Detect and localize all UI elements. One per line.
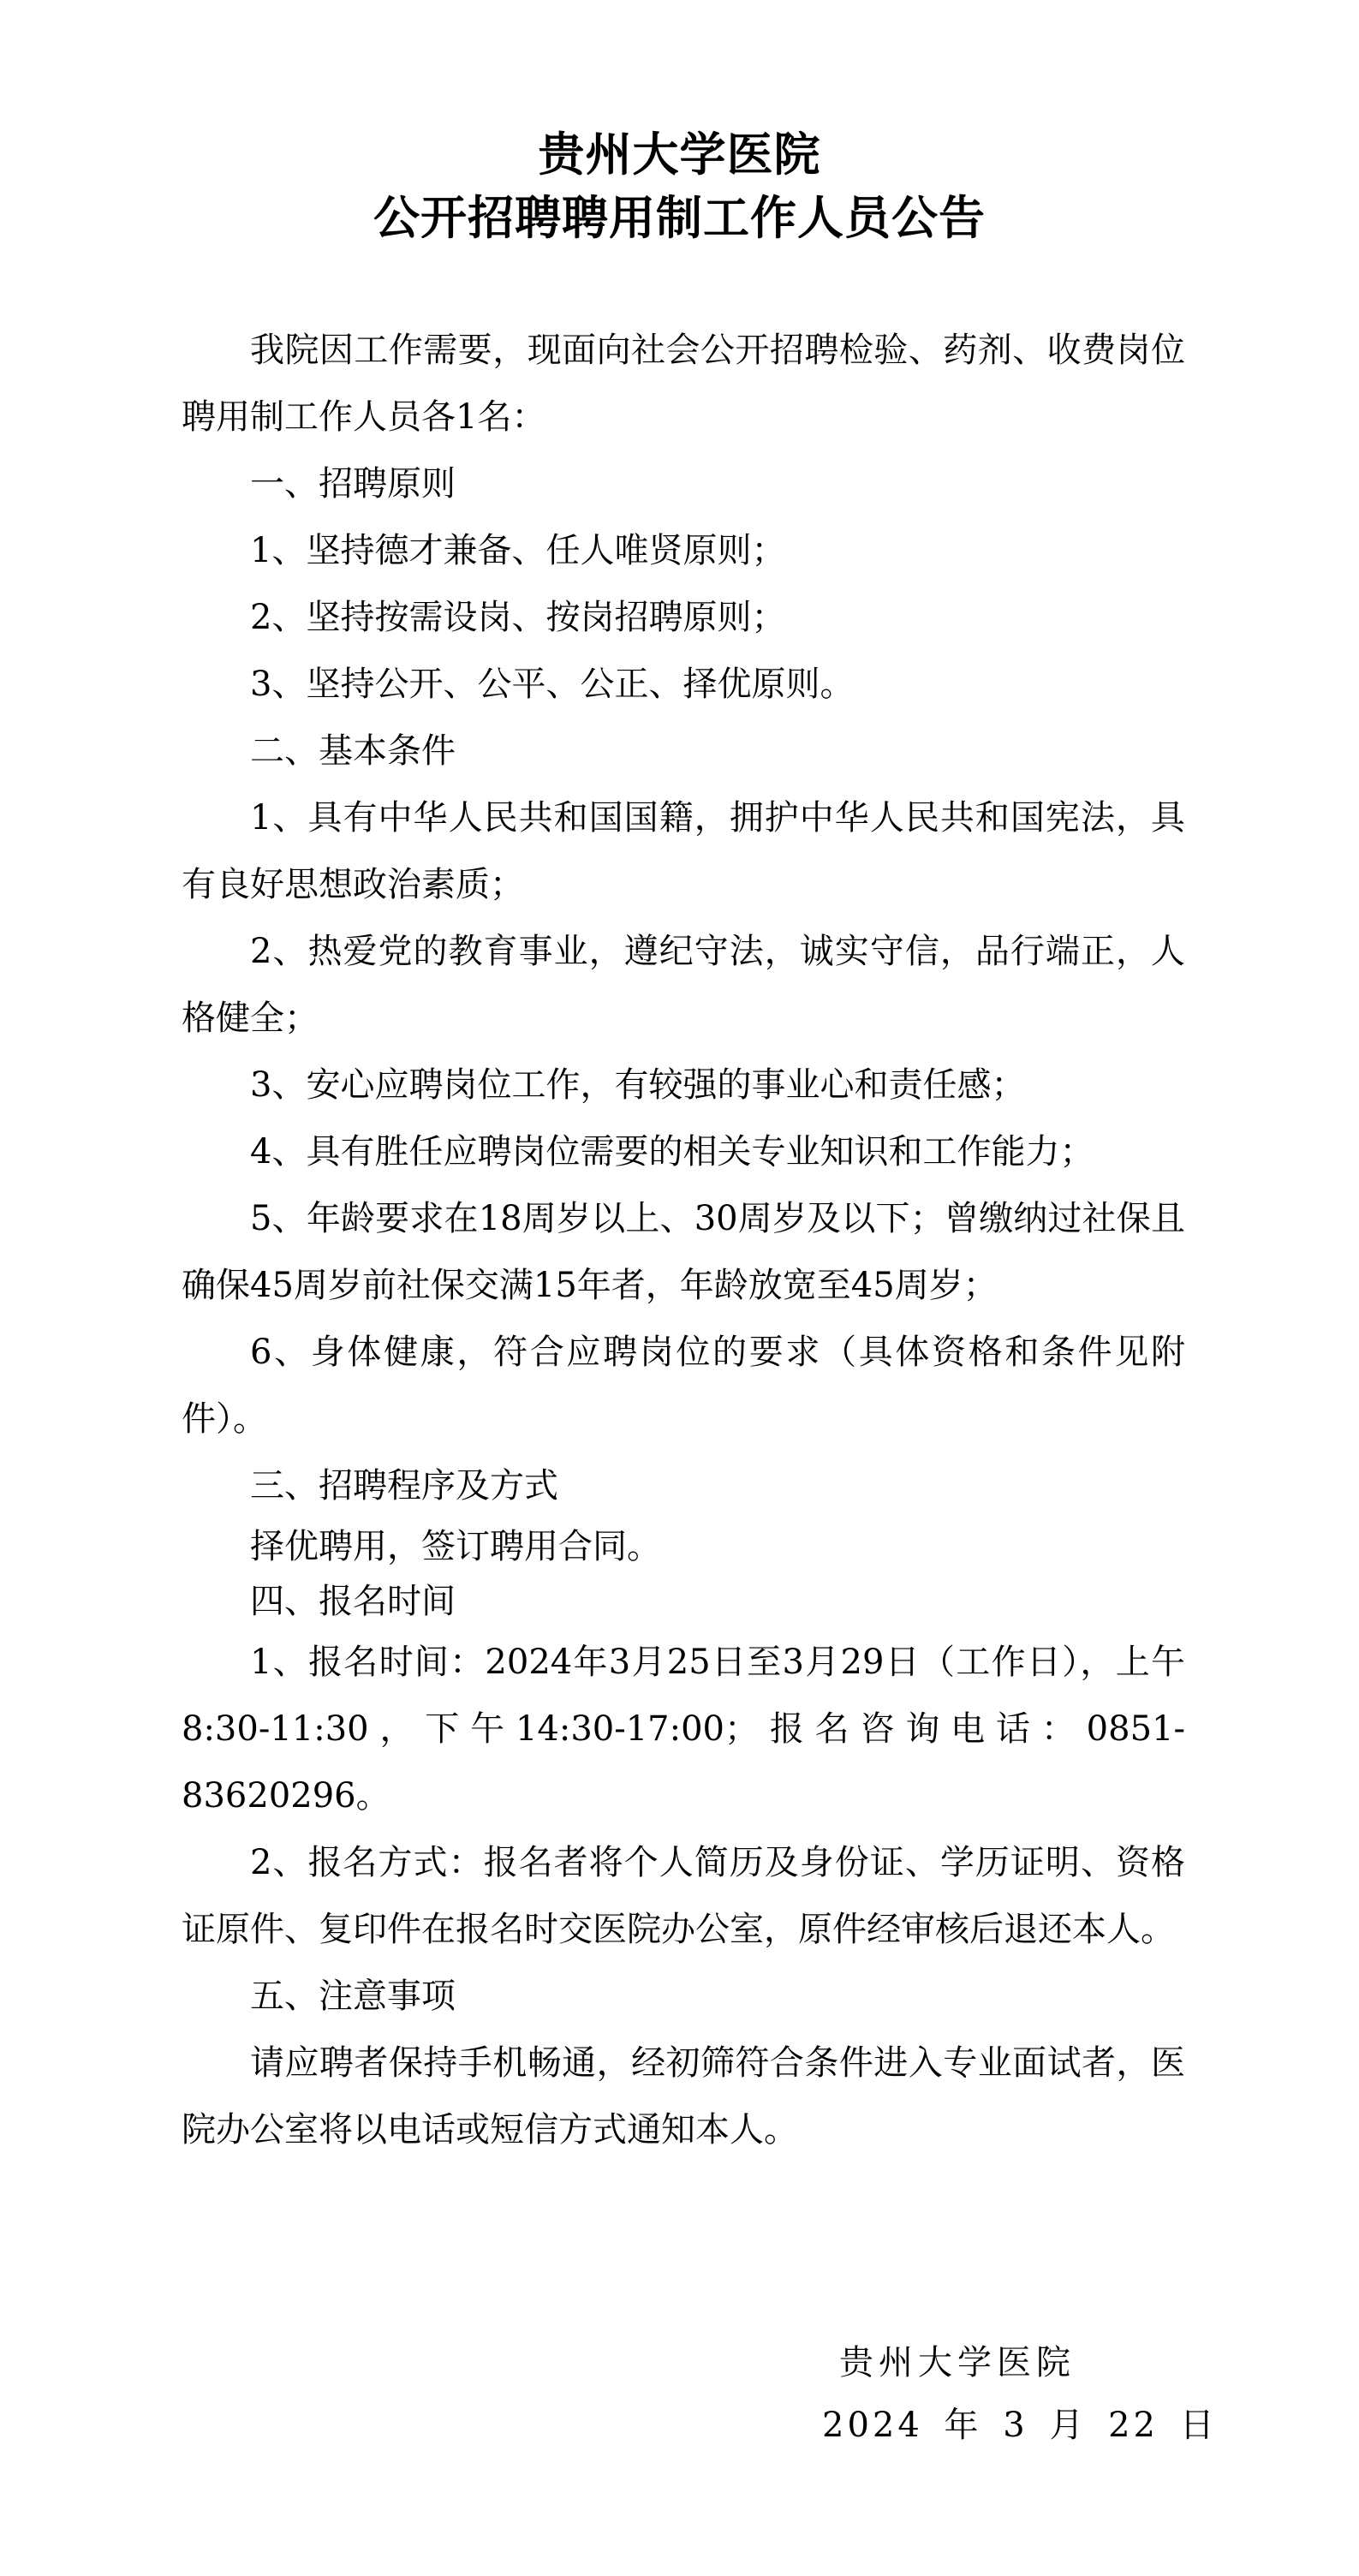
principle-item: 3、坚持公开、公平、公正、择优原则。 xyxy=(182,651,1185,718)
section-heading-registration: 四、报名时间 xyxy=(182,1574,1185,1629)
section-heading-conditions: 二、基本条件 xyxy=(182,718,1185,784)
condition-item: 5、年龄要求在18周岁以上、30周岁及以下；曾缴纳过社保且确保45周岁前社保交满… xyxy=(182,1185,1185,1319)
principle-item: 1、坚持德才兼备、任人唯贤原则； xyxy=(182,517,1185,584)
signature-organization: 贵州大学医院 xyxy=(839,2335,1076,2384)
condition-item: 3、安心应聘岗位工作，有较强的事业心和责任感； xyxy=(182,1052,1185,1118)
condition-item: 4、具有胜任应聘岗位需要的相关专业知识和工作能力； xyxy=(182,1118,1185,1185)
condition-item: 6、身体健康，符合应聘岗位的要求（具体资格和条件见附件）。 xyxy=(182,1319,1185,1452)
section-heading-notes: 五、注意事项 xyxy=(182,1963,1185,2030)
procedure-item: 择优聘用，签订聘用合同。 xyxy=(182,1519,1185,1574)
document-body: 我院因工作需要，现面向社会公开招聘检验、药剂、收费岗位聘用制工作人员各1名： 一… xyxy=(182,317,1185,2163)
section-heading-principles: 一、招聘原则 xyxy=(182,450,1185,517)
condition-item: 2、热爱党的教育事业，遵纪守法，诚实守信，品行端正，人格健全； xyxy=(182,918,1185,1052)
signature-date: 2024 年 3 月 22 日 xyxy=(822,2398,1218,2447)
condition-item: 1、具有中华人民共和国国籍，拥护中华人民共和国宪法，具有良好思想政治素质； xyxy=(182,784,1185,918)
document-title-line2: 公开招聘聘用制工作人员公告 xyxy=(0,182,1359,247)
registration-item: 2、报名方式：报名者将个人简历及身份证、学历证明、资格证原件、复印件在报名时交医… xyxy=(182,1829,1185,1963)
notes-item: 请应聘者保持手机畅通，经初筛符合条件进入专业面试者，医院办公室将以电话或短信方式… xyxy=(182,2030,1185,2163)
principle-item: 2、坚持按需设岗、按岗招聘原则； xyxy=(182,584,1185,651)
intro-paragraph: 我院因工作需要，现面向社会公开招聘检验、药剂、收费岗位聘用制工作人员各1名： xyxy=(182,317,1185,450)
registration-item: 1、报名时间：2024年3月25日至3月29日（工作日），上午8:30-11:3… xyxy=(182,1629,1185,1829)
section-heading-procedure: 三、招聘程序及方式 xyxy=(182,1452,1185,1519)
document-title-line1: 贵州大学医院 xyxy=(0,118,1359,184)
